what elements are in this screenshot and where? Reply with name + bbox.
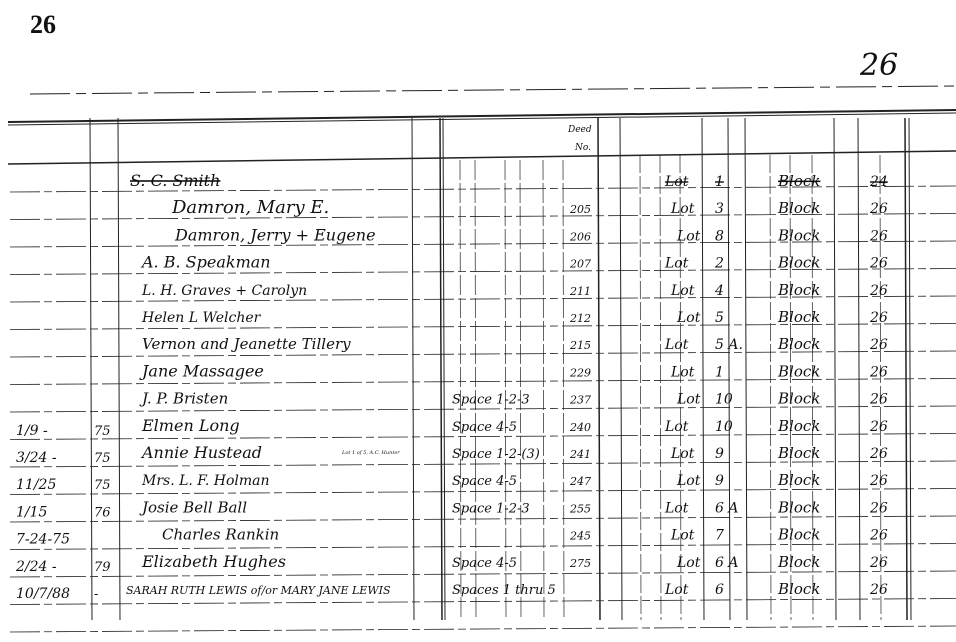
entry-block-number: 26 bbox=[869, 364, 888, 380]
ledger-entries: S. C. SmithLot1Block24Damron, Mary E.205… bbox=[15, 171, 888, 602]
entry-lot-number: 4 bbox=[714, 283, 724, 299]
table-row: Damron, Jerry + Eugene206Lot8Block26 bbox=[174, 225, 888, 244]
entry-deed-no: 215 bbox=[569, 339, 591, 352]
entry-year: 75 bbox=[94, 451, 111, 466]
entry-name: Annie Hustead bbox=[140, 443, 262, 462]
entry-block-number: 26 bbox=[869, 337, 888, 353]
entry-lot-label: Lot bbox=[670, 446, 695, 462]
entry-block-label: Block bbox=[777, 471, 820, 489]
entry-year: 76 bbox=[94, 505, 111, 520]
entry-block-number: 26 bbox=[869, 528, 888, 544]
entry-lot-label: Lot bbox=[670, 364, 695, 380]
entry-block-number: 24 bbox=[869, 174, 888, 190]
entry-lot-number: 1 bbox=[715, 364, 724, 380]
entry-date: 2/24 - bbox=[15, 559, 57, 575]
entry-name: Josie Bell Ball bbox=[139, 498, 247, 516]
entry-lot-label: Lot bbox=[676, 310, 701, 326]
entry-date: 11/25 bbox=[16, 477, 56, 493]
entry-block-label: Block bbox=[777, 580, 820, 598]
entry-space: Space 4-5 bbox=[452, 556, 517, 571]
entry-deed-no: 255 bbox=[569, 502, 591, 515]
entry-lot-number: 6 A bbox=[715, 500, 738, 516]
entry-block-label: Block bbox=[777, 254, 820, 272]
entry-year: - bbox=[94, 587, 98, 602]
entry-deed-no: 247 bbox=[569, 475, 591, 488]
entry-space: Space 4-5 bbox=[452, 420, 517, 435]
entry-space: Space 1-2-(3) bbox=[452, 447, 540, 462]
entry-date: 3/24 - bbox=[16, 450, 57, 466]
entry-lot-label: Lot bbox=[670, 528, 695, 544]
entry-block-label: Block bbox=[777, 390, 820, 408]
table-row: Jane Massagee229Lot1Block26 bbox=[139, 361, 888, 380]
entry-block-number: 26 bbox=[869, 500, 888, 516]
entry-block-label: Block bbox=[777, 281, 820, 299]
entry-year: 75 bbox=[94, 478, 111, 493]
entry-deed-no: 205 bbox=[569, 203, 591, 216]
table-row: J. P. BristenSpace 1-2-3237Lot10Block26 bbox=[139, 390, 888, 408]
entry-lot-label: Lot bbox=[664, 582, 689, 598]
entry-date: 10/7/88 bbox=[16, 586, 70, 602]
deed-no-header-line1: Deed bbox=[567, 125, 592, 135]
entry-block-label: Block bbox=[777, 526, 820, 544]
entry-block-number: 26 bbox=[869, 228, 888, 244]
entry-space: Space 1-2-3 bbox=[452, 393, 530, 408]
entry-block-label: Block bbox=[777, 498, 820, 516]
entry-block-label: Block bbox=[777, 226, 820, 244]
entry-lot-label: Lot bbox=[676, 555, 701, 571]
entry-date: 1/15 bbox=[16, 504, 48, 520]
entry-block-label: Block bbox=[777, 362, 820, 380]
entry-name: SARAH RUTH LEWIS of/or MARY JANE LEWIS bbox=[126, 584, 391, 597]
table-row: 7-24-75Charles Rankin245Lot7Block26 bbox=[16, 526, 888, 548]
deed-no-header-line2: No. bbox=[574, 143, 591, 153]
entry-date: 1/9 - bbox=[16, 423, 48, 439]
ledger-rules bbox=[8, 86, 956, 632]
entry-name: A. B. Speakman bbox=[140, 253, 271, 272]
table-row: Damron, Mary E.205Lot3Block26 bbox=[171, 197, 888, 218]
table-row: Vernon and Jeanette Tillery215Lot5 A.Blo… bbox=[142, 335, 888, 353]
entry-block-label: Block bbox=[777, 444, 820, 462]
entry-note: Lot 1 of 5, A.C. Hunter bbox=[341, 450, 400, 456]
entry-block-number: 26 bbox=[869, 419, 888, 435]
entry-name: Elizabeth Hughes bbox=[141, 552, 286, 571]
entry-year: 75 bbox=[94, 424, 111, 439]
entry-name: S. C. Smith bbox=[130, 171, 220, 190]
entry-lot-number: 3 bbox=[715, 201, 724, 217]
entry-lot-number: 7 bbox=[715, 528, 724, 544]
entry-lot-number: 9 bbox=[715, 473, 724, 489]
entry-lot-number: 9 bbox=[715, 446, 724, 462]
entry-name: Damron, Mary E. bbox=[171, 197, 329, 218]
entry-name: Charles Rankin bbox=[162, 526, 279, 544]
entry-lot-number: 5 bbox=[715, 310, 724, 326]
entry-deed-no: 212 bbox=[569, 312, 591, 325]
entry-name: Jane Massagee bbox=[139, 361, 264, 380]
entry-space: Space 1-2-3 bbox=[452, 501, 530, 516]
entry-deed-no: 229 bbox=[569, 366, 591, 379]
entry-block-number: 26 bbox=[869, 473, 888, 489]
entry-block-number: 26 bbox=[869, 582, 888, 598]
entry-block-number: 26 bbox=[869, 446, 888, 462]
entry-name: Mrs. L. F. Holman bbox=[141, 473, 270, 489]
entry-name: J. P. Bristen bbox=[139, 390, 228, 408]
entry-block-label: Block bbox=[777, 553, 820, 571]
entry-lot-label: Lot bbox=[664, 256, 689, 272]
entry-block-number: 26 bbox=[869, 555, 888, 571]
entry-name: Helen L Welcher bbox=[141, 310, 262, 326]
entry-deed-no: 237 bbox=[569, 394, 591, 407]
entry-block-number: 26 bbox=[869, 283, 888, 299]
entry-block-label: Block bbox=[777, 199, 820, 217]
entry-lot-label: Lot bbox=[664, 337, 689, 353]
entry-block-number: 26 bbox=[869, 392, 888, 408]
entry-lot-number: 5 A. bbox=[715, 337, 743, 353]
entry-block-label: Block bbox=[777, 417, 820, 435]
entry-lot-label: Lot bbox=[670, 201, 695, 217]
entry-name: Elmen Long bbox=[141, 416, 240, 435]
entry-deed-no: 240 bbox=[569, 421, 591, 434]
table-row: 10/7/88-SARAH RUTH LEWIS of/or MARY JANE… bbox=[16, 580, 888, 602]
entry-deed-no: 245 bbox=[569, 530, 591, 543]
entry-lot-number: 2 bbox=[714, 256, 724, 272]
entry-block-number: 26 bbox=[869, 310, 888, 326]
entry-deed-no: 241 bbox=[569, 448, 591, 461]
entry-name: Damron, Jerry + Eugene bbox=[174, 225, 376, 244]
entry-block-number: 26 bbox=[869, 256, 888, 272]
entry-lot-label: Lot bbox=[664, 174, 689, 190]
entry-block-label: Block bbox=[777, 308, 820, 326]
table-row: A. B. Speakman207Lot2Block26 bbox=[140, 253, 888, 272]
entry-lot-label: Lot bbox=[664, 419, 689, 435]
entry-lot-number: 1 bbox=[715, 174, 724, 190]
entry-lot-number: 10 bbox=[715, 419, 733, 435]
entry-lot-label: Lot bbox=[670, 283, 695, 299]
entry-lot-number: 10 bbox=[715, 392, 733, 408]
entry-block-label: Block bbox=[777, 172, 820, 190]
entry-year: 79 bbox=[94, 560, 111, 575]
entry-lot-label: Lot bbox=[676, 473, 701, 489]
entry-deed-no: 275 bbox=[569, 557, 591, 570]
entry-lot-label: Lot bbox=[676, 228, 701, 244]
entry-lot-number: 8 bbox=[715, 228, 724, 244]
entry-space: Space 4-5 bbox=[452, 474, 517, 489]
entry-date: 7-24-75 bbox=[16, 532, 70, 548]
table-row: L. H. Graves + Carolyn211Lot4Block26 bbox=[141, 281, 888, 299]
entry-deed-no: 207 bbox=[569, 258, 591, 271]
entry-deed-no: 211 bbox=[569, 285, 591, 298]
entry-lot-label: Lot bbox=[676, 392, 701, 408]
entry-block-number: 26 bbox=[869, 201, 888, 217]
entry-lot-number: 6 A bbox=[715, 555, 738, 571]
entry-lot-number: 6 bbox=[715, 582, 724, 598]
entry-name: L. H. Graves + Carolyn bbox=[141, 283, 307, 299]
entry-lot-label: Lot bbox=[664, 500, 689, 516]
entry-name: Vernon and Jeanette Tillery bbox=[142, 335, 351, 353]
entry-block-label: Block bbox=[777, 335, 820, 353]
ledger-grid: Deed No. S. C. SmithLot1Block24Damron, M… bbox=[0, 0, 956, 642]
table-row: Helen L Welcher212Lot5Block26 bbox=[141, 308, 888, 326]
table-row: 1/9 -75Elmen LongSpace 4-5240Lot10Block2… bbox=[16, 416, 888, 439]
table-row: 2/24 -79Elizabeth HughesSpace 4-5275Lot6… bbox=[15, 552, 888, 575]
entry-deed-no: 206 bbox=[569, 230, 591, 243]
entry-space: Spaces 1 thru 5 bbox=[452, 583, 556, 598]
